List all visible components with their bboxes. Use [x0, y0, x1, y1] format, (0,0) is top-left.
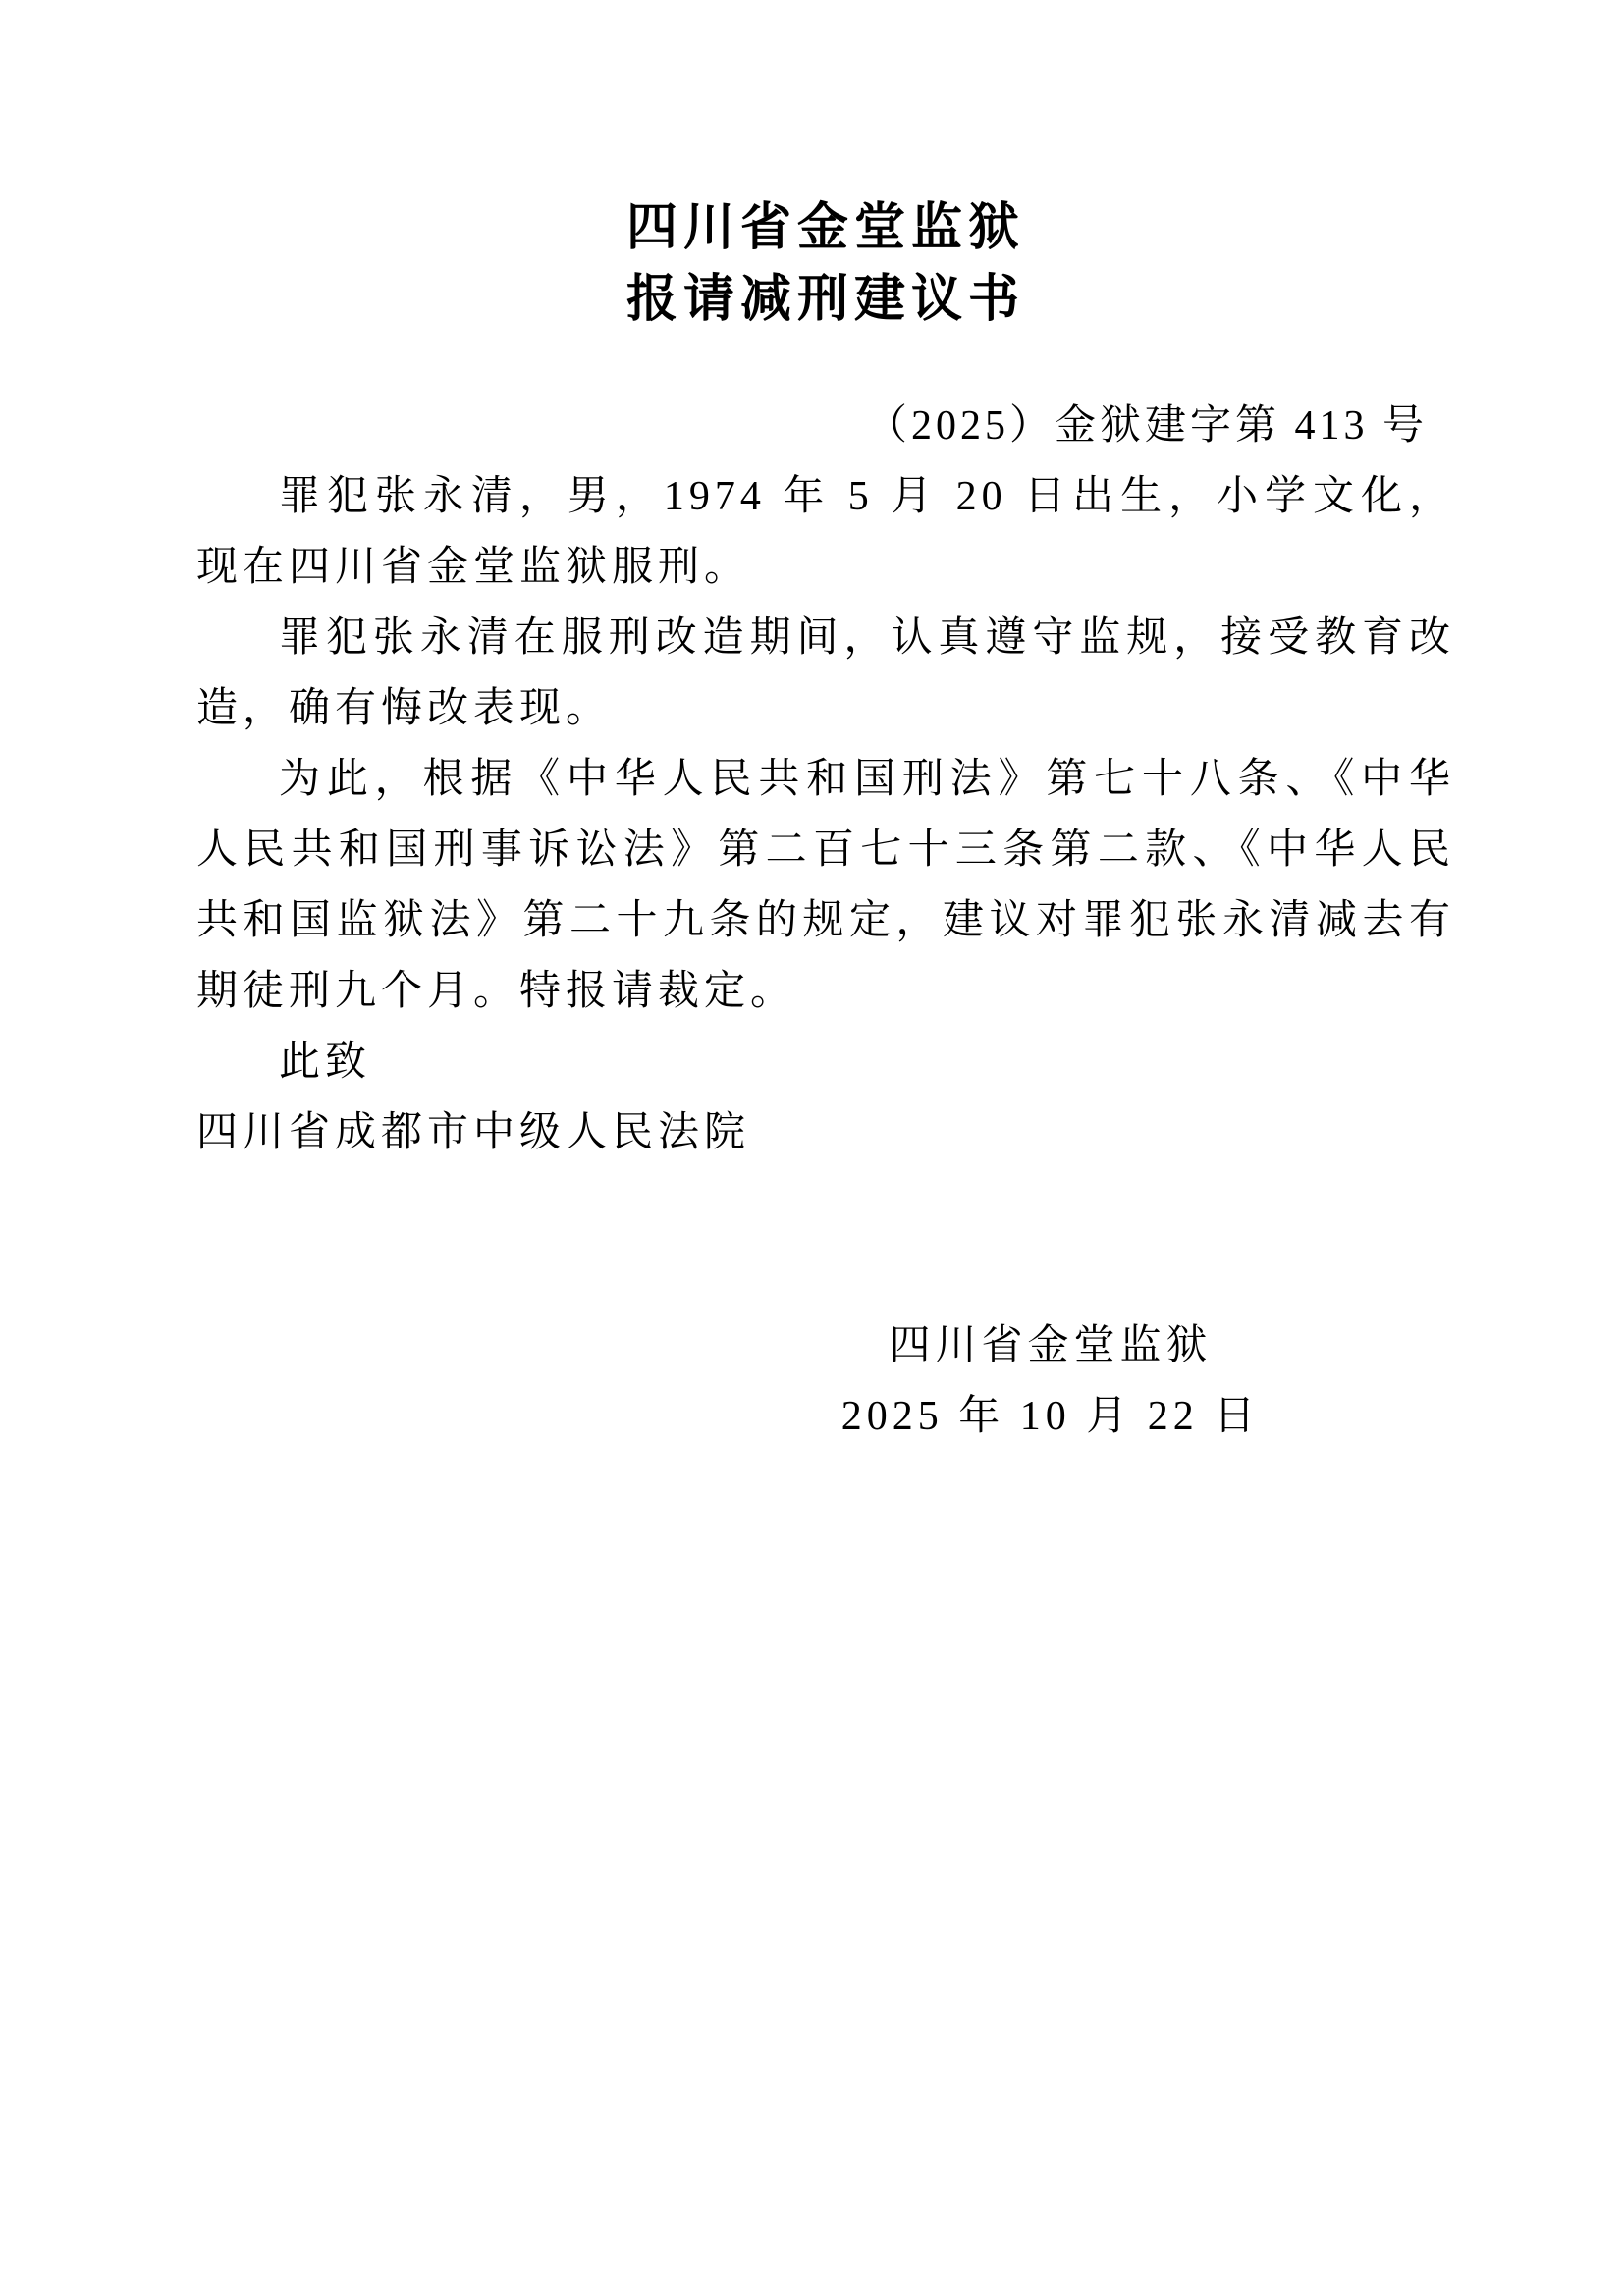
signature-block: 四川省金堂监狱 2025 年 10 月 22 日: [746, 1310, 1355, 1452]
paragraph-offender-info: 罪犯张永清，男，1974 年 5 月 20 日出生，小学文化，现在四川省金堂监狱…: [196, 461, 1455, 603]
recipient-court: 四川省成都市中级人民法院: [196, 1097, 1455, 1168]
title-line-2: 报请减刑建议书: [196, 264, 1455, 336]
document-content: 四川省金堂监狱 报请减刑建议书 （2025）金狱建字第 413 号 罪犯张永清，…: [196, 192, 1455, 1452]
document-page: 四川省金堂监狱 报请减刑建议书 （2025）金狱建字第 413 号 罪犯张永清，…: [0, 0, 1624, 2296]
signature-organization: 四川省金堂监狱: [746, 1310, 1355, 1381]
document-number: （2025）金狱建字第 413 号: [196, 391, 1455, 461]
salutation: 此致: [196, 1027, 1455, 1097]
title-line-1: 四川省金堂监狱: [196, 192, 1455, 264]
signature-date: 2025 年 10 月 22 日: [746, 1381, 1355, 1452]
paragraph-conduct: 罪犯张永清在服刑改造期间，认真遵守监规，接受教育改造，确有悔改表现。: [196, 603, 1455, 744]
document-title: 四川省金堂监狱 报请减刑建议书: [196, 192, 1455, 336]
paragraph-legal-basis: 为此，根据《中华人民共和国刑法》第七十八条、《中华人民共和国刑事诉讼法》第二百七…: [196, 744, 1455, 1027]
